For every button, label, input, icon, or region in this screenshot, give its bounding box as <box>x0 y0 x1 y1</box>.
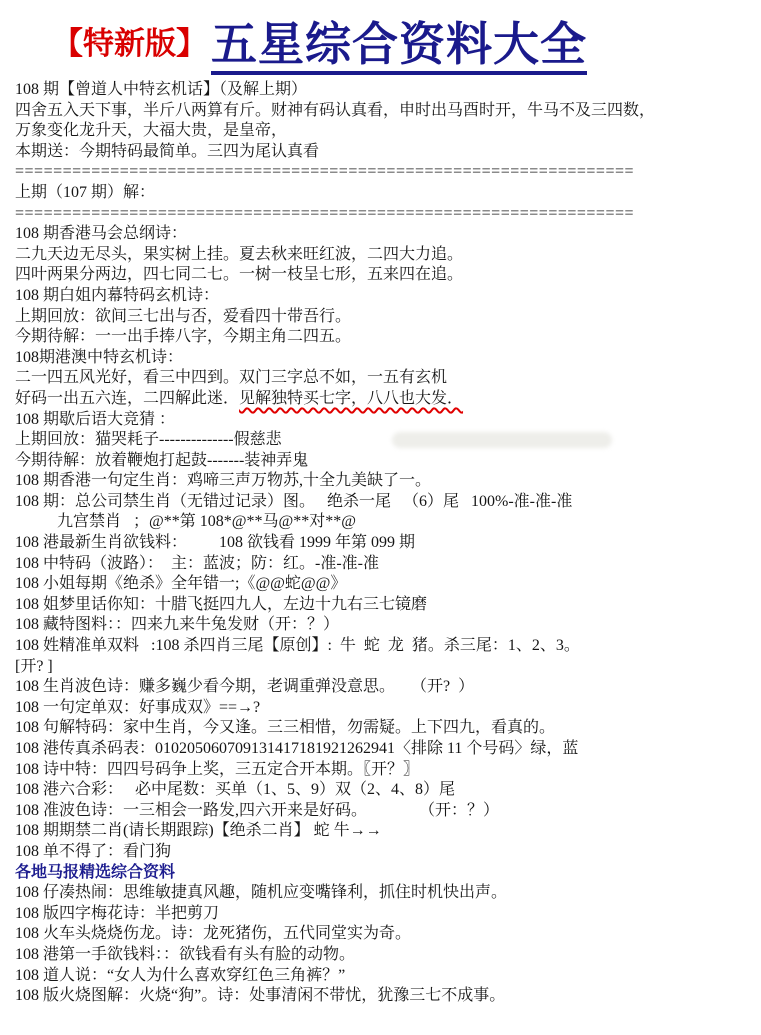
text-line: 108 藏特图料：：四来九来牛兔发财（开：？） <box>15 615 753 636</box>
text-line: 108 姓精准单双料 :108 杀四肖三尾【原创】: 牛 蛇 龙 猪。杀三尾：1… <box>15 636 753 657</box>
page-title: 五星综合资料大全 <box>211 19 587 75</box>
text-line: 今期待解：一一出手捧八字，今期主角二四五。 <box>15 327 753 348</box>
text-line: 108 准波色诗：一三相会一路发,四六开来是好码。 （开：？） <box>15 801 753 822</box>
separator-line: ========================================… <box>15 204 753 225</box>
text-line: 108 小姐每期《绝杀》全年错一;《@@蛇@@》 <box>15 574 753 595</box>
text-line: 108 姐梦里话你知：十腊飞挺四九人，左边十九右三七镜磨 <box>15 595 753 616</box>
text-line: 万象变化龙升天，大福大贵，是皇帝， <box>15 121 753 142</box>
text-line: 108 句解特码：家中生肖，今又逢。三三相惜，勿需疑。上下四九，看真的。 <box>15 718 753 739</box>
text-line: 二一四五风光好，看三中四到。双门三字总不如，一五有玄机 <box>15 368 753 389</box>
text-line: 好码一出五六连，二四解此迷．见解独特买七字，八八也大发． <box>15 389 753 410</box>
text-line: 108 期香港马会总纲诗： <box>15 224 753 245</box>
text-line: 108 期【曾道人中特玄机话】（及解上期） <box>15 80 753 101</box>
text-line: 108 期歇后语大竞猜 ： <box>15 410 753 431</box>
text-line: 108期港澳中特玄机诗： <box>15 348 753 369</box>
text-line: 108 版四字梅花诗：半把剪刀 <box>15 904 753 925</box>
line-segment: 好码一出五六连，二四解此迷． <box>15 390 239 407</box>
text-line: 108 单不得了：看门狗 <box>15 842 753 863</box>
text-line: 108 港传真杀码表：01020506070913141718192126294… <box>15 739 753 760</box>
edition-tag: 【特新版】 <box>52 26 207 61</box>
content-lines: 108 期【曾道人中特玄机话】（及解上期）四舍五入天下事，半斤八两算有斤。财神有… <box>0 70 761 1007</box>
page-header: 【特新版】五星综合资料大全 <box>0 0 761 70</box>
text-line: [开? ] <box>15 657 753 678</box>
text-line: 108 版火烧图解：火烧“狗”。诗：处事清闲不带忧，犹豫三七不成事。 <box>15 986 753 1007</box>
text-line: 108 火车头烧烧伤龙。诗：龙死猪伤，五代同堂实为奇。 <box>15 924 753 945</box>
text-line: 108 港第一手欲钱料：：欲钱看有头有脸的动物。 <box>15 945 753 966</box>
text-line: 二九天边无尽头，果实树上挂。夏去秋来旺红波，二四大力追。 <box>15 245 753 266</box>
text-line: 上期回放：欲间三七出与否，爱看四十带吾行。 <box>15 307 753 328</box>
text-line: 108 仔凑热闹：思维敏捷真风趣，随机应变嘴锋利，抓住时机快出声。 <box>15 883 753 904</box>
section-heading: 各地马报精选综合资料 <box>15 863 753 884</box>
text-line: 四舍五入天下事，半斤八两算有斤。财神有码认真看，申时出马酉时开，牛马不及三四数， <box>15 101 753 122</box>
text-line: 108 期香港一句定生肖：鸡啼三声万物苏,十全九美缺了一。 <box>15 471 753 492</box>
text-line: 108 期白姐内幕特码玄机诗： <box>15 286 753 307</box>
text-line: 108 港六合彩： 必中尾数：买单（1、5、9）双（2、4、8）尾 <box>15 780 753 801</box>
text-line: 今期待解：放着鞭炮打起鼓-------装神弄鬼 <box>15 451 753 472</box>
text-line: 108 中特码（波路）： 主：蓝波；防：红。-准-准-准 <box>15 554 753 575</box>
red-wavy-underlined-text: 见解独特买七字，八八也大发． <box>239 390 463 407</box>
text-line: 九宫禁肖 ；@**第 108*@**马@**对**@ <box>15 512 753 533</box>
text-line: 108 一句定单双：好事成双》==→? <box>15 698 753 719</box>
text-line: 四叶两果分两边，四七同二七。一树一枝呈七形，五来四在追。 <box>15 265 753 286</box>
text-line: 上期（107 期）解： <box>15 183 753 204</box>
text-line: 108 生肖波色诗：赚多巍少看今期，老调重弹没意思。 （开? ） <box>15 677 753 698</box>
text-line: 上期回放：猫哭耗子--------------假慈悲 <box>15 430 753 451</box>
text-line: 108 期期禁二肖(请长期跟踪)【绝杀二肖】 蛇 牛→→ <box>15 821 753 842</box>
text-line: 108 道人说：“女人为什么喜欢穿红色三角裤？” <box>15 966 753 987</box>
separator-line: ========================================… <box>15 162 753 183</box>
document-page: { "colors": { "accent_red": "#d90000", "… <box>0 0 761 1035</box>
text-line: 108 期：总公司禁生肖（无错过记录）图。 绝杀一尾 （6）尾 100%-准-准… <box>15 492 753 513</box>
text-line: 本期送：今期特码最简单。三四为尾认真看 <box>15 142 753 163</box>
text-line: 108 港最新生肖欲钱料： 108 欲钱看 1999 年第 099 期 <box>15 533 753 554</box>
text-line: 108 诗中特：四四号码争上奖，三五定合开本期。〖开？〗 <box>15 760 753 781</box>
